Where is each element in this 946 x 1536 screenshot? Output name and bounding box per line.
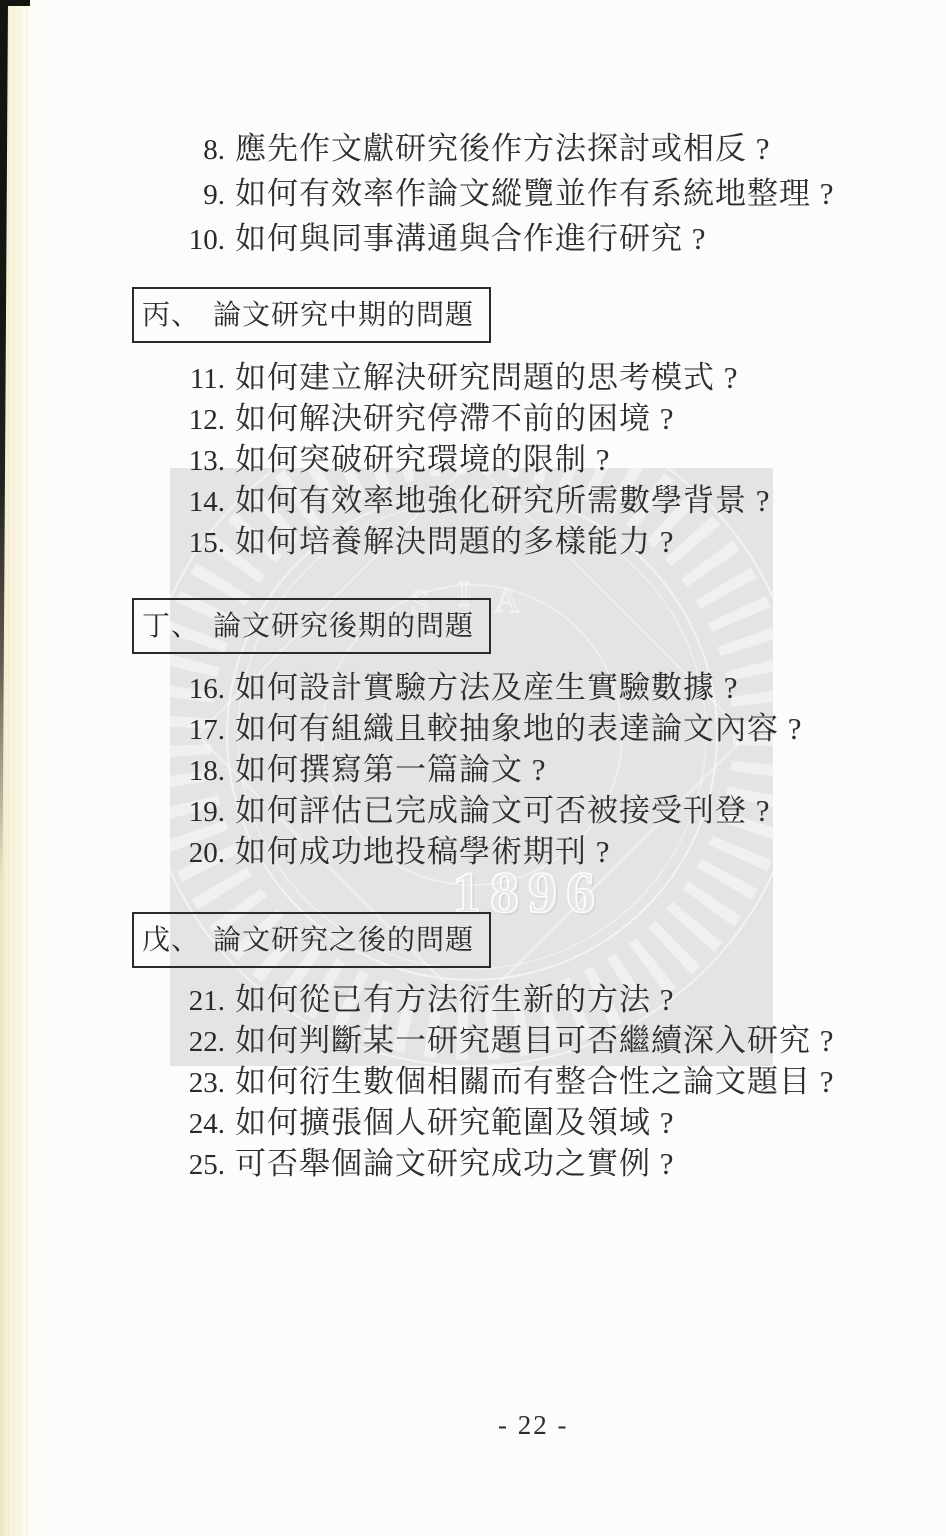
list-item: 12. 如何解決研究停滯不前的困境 ? [150,398,890,439]
item-number: 13. [150,441,225,482]
item-text: 如何有組織且較抽象地的表達論文內容 ? [235,708,803,749]
item-number: 17. [150,710,225,751]
item-text: 可否舉個論文研究成功之實例 ? [235,1143,675,1184]
section-marker: 丙、 [142,293,200,333]
list-item: 11. 如何建立解決研究問題的思考模式 ? [150,357,890,398]
item-text: 如何與同事溝通與合作進行研究 ? [235,216,707,261]
page-number: - 22 - [498,1410,568,1441]
list-item: 18. 如何撰寫第一篇論文 ? [150,749,890,790]
section-heading-after-stage: 戊、 論文研究之後的問題 [132,912,491,968]
item-text: 如何評估已完成論文可否被接受刊登 ? [235,790,771,831]
question-list-late-stage: 16. 如何設計實驗方法及産生實驗數據 ? 17. 如何有組織且較抽象地的表達論… [150,667,890,872]
scanned-document-page: S I A 1896 1896 8. 應先作文獻研究後作方法探討或相反 ? 9.… [0,0,946,1536]
list-item: 24. 如何擴張個人研究範圍及領域 ? [150,1102,890,1143]
item-number: 19. [150,792,225,833]
item-text: 如何培養解決問題的多樣能力 ? [235,521,675,562]
list-item: 20. 如何成功地投稿學術期刊 ? [150,831,890,872]
item-number: 23. [150,1063,225,1104]
section-title: 論文研究後期的問題 [213,604,474,644]
item-text: 如何擴張個人研究範圍及領域 ? [235,1102,675,1143]
section-title: 論文研究之後的問題 [213,918,474,958]
question-list-intro: 8. 應先作文獻研究後作方法探討或相反 ? 9. 如何有效率作論文縱覽並作有系統… [150,126,890,261]
list-item: 17. 如何有組織且較抽象地的表達論文內容 ? [150,708,890,749]
question-list-after-stage: 21. 如何從已有方法衍生新的方法 ? 22. 如何判斷某一研究題目可否繼續深入… [150,979,890,1184]
list-item: 8. 應先作文獻研究後作方法探討或相反 ? [150,126,890,171]
section-heading-mid-stage: 丙、 論文研究中期的問題 [132,287,491,343]
item-text: 如何撰寫第一篇論文 ? [235,749,547,790]
item-number: 12. [150,400,225,441]
item-number: 15. [150,523,225,564]
section-marker: 丁、 [142,604,200,644]
item-text: 如何有效率作論文縱覽並作有系統地整理 ? [235,171,835,216]
item-text: 如何衍生數個相關而有整合性之論文題目 ? [235,1061,835,1102]
list-item: 15. 如何培養解決問題的多樣能力 ? [150,521,890,562]
item-number: 9. [150,173,225,218]
item-number: 8. [150,128,225,173]
list-item: 25. 可否舉個論文研究成功之實例 ? [150,1143,890,1184]
list-item: 13. 如何突破研究環境的限制 ? [150,439,890,480]
item-number: 20. [150,833,225,874]
list-item: 14. 如何有效率地強化研究所需數學背景 ? [150,480,890,521]
list-item: 21. 如何從已有方法衍生新的方法 ? [150,979,890,1020]
list-item: 23. 如何衍生數個相關而有整合性之論文題目 ? [150,1061,890,1102]
section-marker: 戊、 [142,918,200,958]
item-number: 11. [150,359,225,400]
page-content: 8. 應先作文獻研究後作方法探討或相反 ? 9. 如何有效率作論文縱覽並作有系統… [0,0,946,1536]
item-text: 如何從已有方法衍生新的方法 ? [235,979,675,1020]
item-number: 10. [150,218,225,263]
item-text: 如何判斷某一研究題目可否繼續深入研究 ? [235,1020,835,1061]
item-text: 如何有效率地強化研究所需數學背景 ? [235,480,771,521]
item-number: 25. [150,1145,225,1186]
item-text: 如何設計實驗方法及産生實驗數據 ? [235,667,739,708]
item-text: 如何建立解決研究問題的思考模式 ? [235,357,739,398]
section-heading-late-stage: 丁、 論文研究後期的問題 [132,598,491,654]
item-text: 如何解決研究停滯不前的困境 ? [235,398,675,439]
item-text: 如何成功地投稿學術期刊 ? [235,831,611,872]
list-item: 22. 如何判斷某一研究題目可否繼續深入研究 ? [150,1020,890,1061]
item-number: 24. [150,1104,225,1145]
list-item: 16. 如何設計實驗方法及産生實驗數據 ? [150,667,890,708]
item-number: 14. [150,482,225,523]
list-item: 10. 如何與同事溝通與合作進行研究 ? [150,216,890,261]
item-text: 應先作文獻研究後作方法探討或相反 ? [235,126,771,171]
item-number: 16. [150,669,225,710]
question-list-mid-stage: 11. 如何建立解決研究問題的思考模式 ? 12. 如何解決研究停滯不前的困境 … [150,357,890,562]
item-text: 如何突破研究環境的限制 ? [235,439,611,480]
item-number: 21. [150,981,225,1022]
section-title: 論文研究中期的問題 [213,293,474,333]
item-number: 22. [150,1022,225,1063]
item-number: 18. [150,751,225,792]
list-item: 9. 如何有效率作論文縱覽並作有系統地整理 ? [150,171,890,216]
list-item: 19. 如何評估已完成論文可否被接受刊登 ? [150,790,890,831]
